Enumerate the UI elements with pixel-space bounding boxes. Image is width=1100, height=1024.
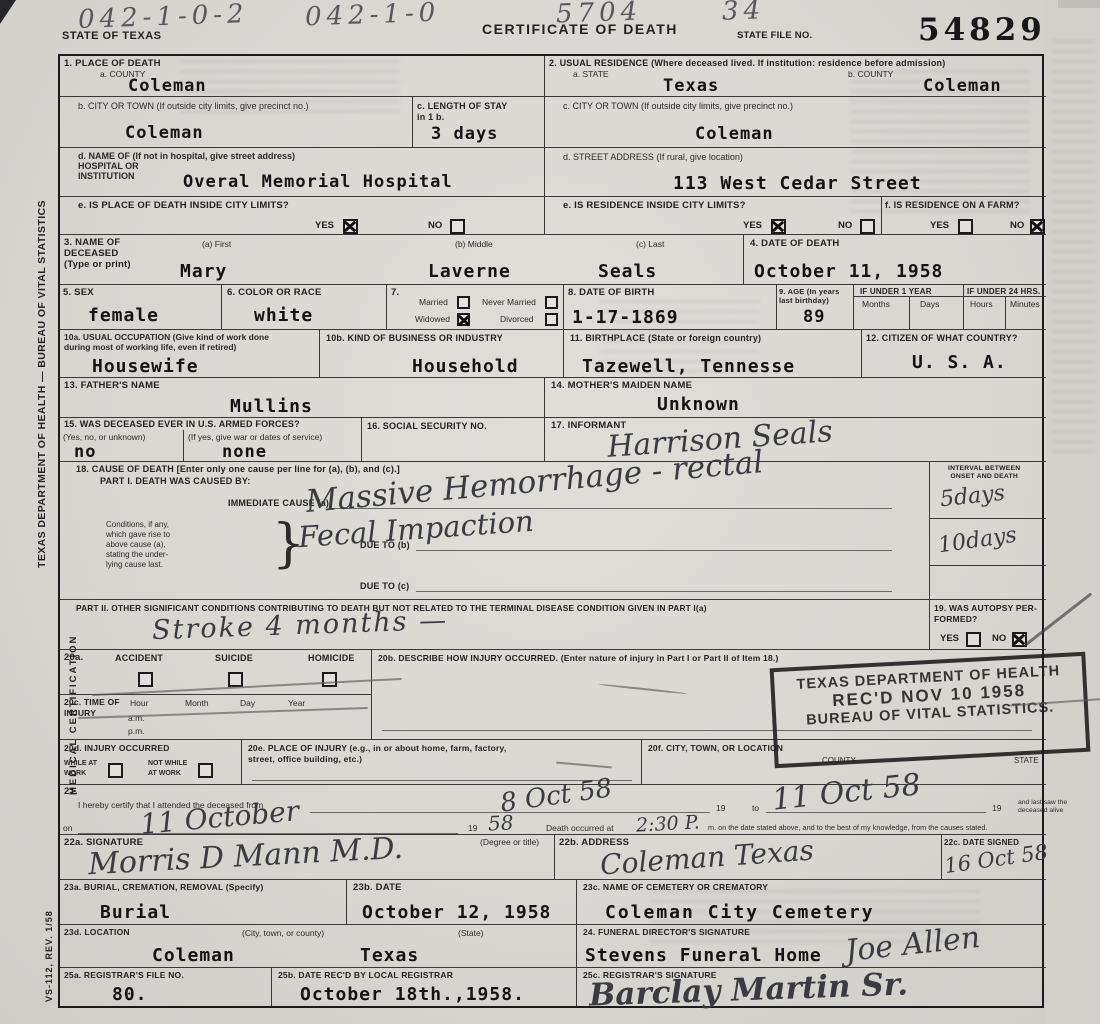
sex-value: female bbox=[88, 305, 159, 326]
field-label: 3. NAME OF DECEASED (Type or print) bbox=[64, 237, 131, 270]
due-to-c-label: DUE TO (c) bbox=[360, 581, 409, 592]
field-10a-occupation: 10a. USUAL OCCUPATION (Give kind of work… bbox=[60, 330, 320, 378]
field-label: 21. bbox=[64, 786, 78, 797]
length-of-stay-value: 3 days bbox=[431, 124, 498, 144]
divider bbox=[909, 296, 910, 330]
interval-b-value: 10days bbox=[937, 523, 1019, 559]
field-label: 5. SEX bbox=[63, 287, 94, 298]
field-label: c. LENGTH OF STAY in 1 b. bbox=[417, 101, 507, 123]
day-label: Day bbox=[240, 698, 255, 708]
days-label: Days bbox=[920, 299, 939, 309]
field-1-place-of-death: 1. PLACE OF DEATH a. COUNTY Coleman bbox=[60, 56, 545, 97]
location-state-value: Texas bbox=[360, 945, 419, 966]
field-25a-registrar-file-no: 25a. REGISTRAR'S FILE NO. 80. bbox=[60, 968, 272, 1006]
death-certificate-scan: 042-1-0-2 042-1-0 5704 34 STATE OF TEXAS… bbox=[0, 0, 1100, 1024]
field-23d-location: 23d. LOCATION (City, town, or county) (S… bbox=[60, 925, 577, 968]
year-value: 58 bbox=[487, 810, 514, 835]
field-9-age: 9. AGE (In years last birthday) 89 bbox=[777, 285, 854, 330]
while-at-work-label: WHILE AT WORK bbox=[64, 759, 97, 779]
months-label: Months bbox=[862, 299, 890, 309]
checkbox-icon bbox=[545, 296, 558, 309]
on-label: on bbox=[63, 823, 72, 833]
field-label: 1. PLACE OF DEATH bbox=[64, 58, 161, 69]
county-value: Coleman bbox=[128, 76, 207, 96]
field-9-under-24-hrs: IF UNDER 24 HRS. Hours Minutes bbox=[964, 285, 1046, 330]
homicide-label: HOMICIDE bbox=[308, 653, 355, 664]
birthplace-value: Tazewell, Tennesse bbox=[582, 356, 795, 377]
industry-value: Household bbox=[412, 356, 519, 377]
date-recd-value: October 18th.,1958. bbox=[300, 984, 525, 1005]
field-24-funeral-director: 24. FUNERAL DIRECTOR'S SIGNATURE Stevens… bbox=[577, 925, 1046, 968]
field-label: c. CITY OR TOWN (If outside city limits,… bbox=[563, 101, 793, 111]
field-label: 12. CITIZEN OF WHAT COUNTRY? bbox=[866, 333, 1018, 344]
first-name-value: Mary bbox=[180, 261, 227, 282]
registrar-file-no-value: 80. bbox=[112, 984, 148, 1005]
field-12-citizen: 12. CITIZEN OF WHAT COUNTRY? U. S. A. bbox=[862, 330, 1046, 378]
field-label: 4. DATE OF DEATH bbox=[750, 238, 839, 249]
funeral-director-signature: Joe Allen bbox=[844, 920, 982, 969]
race-value: white bbox=[254, 305, 313, 326]
field-1c-length-of-stay: c. LENGTH OF STAY in 1 b. 3 days bbox=[413, 97, 545, 148]
field-label: 18. CAUSE OF DEATH [Enter only one cause… bbox=[76, 464, 400, 475]
year-19-label: 19 bbox=[992, 803, 1001, 813]
part1-label: PART I. DEATH WAS CAUSED BY: bbox=[100, 476, 251, 487]
causes-stated-text: m. on the date stated above, and to the … bbox=[708, 823, 1044, 833]
pm-label: p.m. bbox=[128, 726, 145, 736]
to-label: to bbox=[752, 803, 759, 813]
field-20d-injury-occurred: 20d. INJURY OCCURRED WHILE AT WORK NOT W… bbox=[60, 740, 242, 785]
yes-label: YES bbox=[743, 220, 762, 231]
field-23b-date: 23b. DATE October 12, 1958 bbox=[347, 880, 577, 925]
field-label: 23a. BURIAL, CREMATION, REMOVAL (Specify… bbox=[64, 882, 263, 893]
interval-header: INTERVAL BETWEEN ONSET AND DEATH bbox=[948, 465, 1020, 481]
field-18-part2: PART II. OTHER SIGNIFICANT CONDITIONS CO… bbox=[60, 600, 930, 650]
month-label: Month bbox=[185, 698, 209, 708]
divorced-label: Divorced bbox=[500, 314, 534, 324]
field-3-name-of-deceased: 3. NAME OF DECEASED (Type or print) (a) … bbox=[60, 235, 744, 285]
checkbox-checked-icon bbox=[343, 219, 358, 234]
yes-label: YES bbox=[940, 633, 959, 644]
state-file-no-label: STATE FILE NO. bbox=[737, 30, 812, 41]
checkbox-icon bbox=[138, 672, 153, 687]
field-label: 20b. DESCRIBE HOW INJURY OCCURRED. (Ente… bbox=[378, 653, 779, 664]
field-23a-burial: 23a. BURIAL, CREMATION, REMOVAL (Specify… bbox=[60, 880, 347, 925]
field-9-under-1-year: IF UNDER 1 YEAR Months Days bbox=[854, 285, 964, 330]
checkbox-icon bbox=[457, 296, 470, 309]
mothers-maiden-name-value: Unknown bbox=[657, 394, 740, 415]
checkbox-icon bbox=[545, 313, 558, 326]
citizen-value: U. S. A. bbox=[912, 352, 1007, 373]
field-label: 7. bbox=[391, 287, 399, 298]
state-file-number: 54829 bbox=[918, 12, 1046, 48]
field-label: 14. MOTHER'S MAIDEN NAME bbox=[551, 380, 692, 391]
field-2e-city-limits: e. IS RESIDENCE INSIDE CITY LIMITS? YES … bbox=[545, 197, 882, 235]
last-saw-text: and last saw the deceased alive bbox=[1018, 799, 1088, 815]
location-city-value: Coleman bbox=[152, 945, 235, 966]
field-label: 20e. PLACE OF INJURY (e.g., in or about … bbox=[248, 743, 506, 765]
field-label: 20d. INJURY OCCURRED bbox=[64, 743, 170, 754]
city-note-label: (City, town, or county) bbox=[242, 928, 324, 938]
burial-date-value: October 12, 1958 bbox=[362, 902, 551, 923]
fill-line bbox=[416, 550, 892, 551]
checkbox-icon bbox=[860, 219, 875, 234]
yes-label: YES bbox=[930, 220, 949, 231]
field-label: 9. AGE (In years last birthday) bbox=[779, 287, 839, 305]
field-11-birthplace: 11. BIRTHPLACE (State or foreign country… bbox=[564, 330, 862, 378]
field-5-sex: 5. SEX female bbox=[60, 285, 222, 330]
field-8-date-of-birth: 8. DATE OF BIRTH 1-17-1869 bbox=[564, 285, 777, 330]
suicide-label: SUICIDE bbox=[215, 653, 253, 664]
checkbox-checked-icon bbox=[457, 313, 470, 326]
margin-form-number: VS-112, REV. 1/58 bbox=[44, 910, 54, 1002]
field-label: (If yes, give war or dates of service) bbox=[188, 432, 322, 442]
checkbox-icon bbox=[450, 219, 465, 234]
city-value: Coleman bbox=[695, 124, 774, 144]
field-label: (b) Middle bbox=[455, 239, 493, 249]
hours-label: Hours bbox=[970, 299, 993, 309]
conditions-note: Conditions, if any, which gave rise to a… bbox=[106, 520, 170, 570]
field-label: 10b. KIND OF BUSINESS OR INDUSTRY bbox=[326, 333, 503, 344]
armed-forces-value: no bbox=[74, 442, 96, 462]
hour-label: Hour bbox=[130, 698, 148, 708]
field-label: 2. USUAL RESIDENCE (Where deceased lived… bbox=[549, 58, 945, 69]
death-occurred-text: Death occurred at bbox=[546, 823, 614, 833]
checkbox-checked-icon bbox=[771, 219, 786, 234]
no-label: NO bbox=[838, 220, 852, 231]
minutes-label: Minutes bbox=[1010, 299, 1040, 309]
degree-label: (Degree or title) bbox=[480, 837, 539, 847]
divider bbox=[930, 518, 1046, 519]
checkbox-icon bbox=[322, 672, 337, 687]
field-2-usual-residence: 2. USUAL RESIDENCE (Where deceased lived… bbox=[545, 56, 1046, 97]
divider bbox=[1005, 296, 1006, 330]
field-label: 10a. USUAL OCCUPATION (Give kind of work… bbox=[64, 332, 269, 352]
divider bbox=[930, 565, 1046, 566]
widowed-label: Widowed bbox=[415, 314, 450, 324]
field-14-mothers-maiden-name: 14. MOTHER'S MAIDEN NAME Unknown bbox=[545, 378, 1046, 418]
time-of-death-value: 2:30 P. bbox=[635, 811, 700, 836]
field-22c-date-signed: 22c. DATE SIGNED 16 Oct 58 bbox=[942, 835, 1046, 880]
cemetery-value: Coleman City Cemetery bbox=[605, 902, 875, 923]
state-label: STATE bbox=[1014, 756, 1039, 766]
state-note-label: (State) bbox=[458, 928, 484, 938]
age-value: 89 bbox=[803, 307, 825, 327]
fill-line bbox=[416, 591, 892, 592]
year-19-label: 19 bbox=[468, 823, 477, 833]
field-10b-industry: 10b. KIND OF BUSINESS OR INDUSTRY Househ… bbox=[320, 330, 564, 378]
field-23c-cemetery: 23c. NAME OF CEMETERY OR CREMATORY Colem… bbox=[577, 880, 1046, 925]
field-18-interval-column: INTERVAL BETWEEN ONSET AND DEATH 5days 1… bbox=[930, 462, 1046, 600]
field-label: b. COUNTY bbox=[848, 69, 893, 79]
field-label: (Yes, no, or unknown) bbox=[63, 432, 145, 442]
accident-label: ACCIDENT bbox=[115, 653, 163, 664]
checkbox-icon bbox=[228, 672, 243, 687]
field-25c-registrar-signature: 25c. REGISTRAR'S SIGNATURE Barclay Marti… bbox=[577, 968, 1046, 1006]
checkbox-checked-icon bbox=[1030, 219, 1045, 234]
no-label: NO bbox=[428, 220, 442, 231]
field-label: a. STATE bbox=[573, 69, 609, 79]
field-18-cause-of-death: 18. CAUSE OF DEATH [Enter only one cause… bbox=[60, 462, 930, 600]
yes-label: YES bbox=[315, 220, 334, 231]
never-married-label: Never Married bbox=[482, 297, 536, 307]
field-13-fathers-name: 13. FATHER'S NAME Mullins bbox=[60, 378, 545, 418]
year-19-label: 19 bbox=[716, 803, 725, 813]
margin-dept-text: TEXAS DEPARTMENT OF HEALTH — BUREAU OF V… bbox=[36, 200, 48, 568]
pencil-code: 042-1-0 bbox=[305, 0, 441, 32]
received-stamp: TEXAS DEPARTMENT OF HEALTH REC'D NOV 10 … bbox=[770, 652, 1091, 768]
year-label: Year bbox=[288, 698, 305, 708]
field-6-color-or-race: 6. COLOR OR RACE white bbox=[222, 285, 387, 330]
middle-name-value: Laverne bbox=[428, 261, 511, 282]
city-value: Coleman bbox=[125, 123, 204, 143]
field-label: 16. SOCIAL SECURITY NO. bbox=[367, 421, 487, 432]
field-label: 13. FATHER'S NAME bbox=[64, 380, 160, 391]
field-label: 23b. DATE bbox=[353, 882, 402, 893]
fathers-name-value: Mullins bbox=[230, 396, 313, 417]
occupation-value: Housewife bbox=[92, 356, 199, 377]
field-label: 15. WAS DECEASED EVER IN U.S. ARMED FORC… bbox=[64, 419, 300, 430]
date-of-death-value: October 11, 1958 bbox=[754, 261, 943, 282]
field-21-certification: 21. I hereby certify that I attended the… bbox=[60, 785, 1046, 835]
field-2d-street-address: d. STREET ADDRESS (If rural, give locati… bbox=[545, 148, 1046, 197]
date-of-birth-value: 1-17-1869 bbox=[572, 307, 679, 328]
burial-value: Burial bbox=[100, 902, 171, 923]
field-7-marital-status: 7. Married Never Married Widowed Divorce… bbox=[387, 285, 564, 330]
checkbox-icon bbox=[966, 632, 981, 647]
field-16-social-security: 16. SOCIAL SECURITY NO. bbox=[362, 418, 545, 462]
field-1e-city-limits: e. IS PLACE OF DEATH INSIDE CITY LIMITS?… bbox=[60, 197, 545, 235]
part2-label: PART II. OTHER SIGNIFICANT CONDITIONS CO… bbox=[76, 603, 921, 614]
hospital-value: Overal Memorial Hospital bbox=[183, 172, 453, 192]
field-label: (a) First bbox=[202, 239, 231, 249]
field-label: 19. WAS AUTOPSY PER- FORMED? bbox=[934, 603, 1037, 625]
checkbox-icon bbox=[958, 219, 973, 234]
field-15-armed-forces: 15. WAS DECEASED EVER IN U.S. ARMED FORC… bbox=[60, 418, 362, 462]
no-label: NO bbox=[992, 633, 1006, 644]
field-1d-hospital: d. NAME OF (If not in hospital, give str… bbox=[60, 148, 545, 197]
street-address-value: 113 West Cedar Street bbox=[673, 173, 922, 194]
field-label: 11. BIRTHPLACE (State or foreign country… bbox=[570, 333, 761, 344]
field-label: b. CITY OR TOWN (If outside city limits,… bbox=[78, 101, 309, 111]
field-label: 20f. CITY, TOWN, OR LOCATION bbox=[648, 743, 783, 754]
field-label: 25a. REGISTRAR'S FILE NO. bbox=[64, 970, 184, 981]
field-22b-address: 22b. ADDRESS Coleman Texas bbox=[555, 835, 942, 880]
checkbox-icon bbox=[198, 763, 213, 778]
bleed-through-smudge bbox=[1052, 40, 1096, 460]
field-label: f. IS RESIDENCE ON A FARM? bbox=[885, 200, 1020, 211]
no-label: NO bbox=[1010, 220, 1024, 231]
not-while-at-work-label: NOT WHILE AT WORK bbox=[148, 759, 187, 779]
interval-a-value: 5days bbox=[939, 481, 1006, 513]
physician-address-value: Coleman Texas bbox=[599, 834, 815, 882]
field-label: 25b. DATE REC'D BY LOCAL REGISTRAR bbox=[278, 970, 453, 981]
field-label: e. IS PLACE OF DEATH INSIDE CITY LIMITS? bbox=[78, 200, 289, 211]
field-4-date-of-death: 4. DATE OF DEATH October 11, 1958 bbox=[744, 235, 1046, 285]
certificate-form: 1. PLACE OF DEATH a. COUNTY Coleman 2. U… bbox=[58, 54, 1044, 1008]
field-label: 23d. LOCATION bbox=[64, 927, 130, 938]
field-label: 8. DATE OF BIRTH bbox=[568, 287, 654, 298]
field-label: 20a. bbox=[64, 652, 83, 663]
field-2c-city: c. CITY OR TOWN (If outside city limits,… bbox=[545, 97, 1046, 148]
field-label: e. IS RESIDENCE INSIDE CITY LIMITS? bbox=[563, 200, 746, 211]
field-label: 6. COLOR OR RACE bbox=[227, 287, 322, 298]
pencil-code: 34 bbox=[721, 0, 765, 27]
checkbox-icon bbox=[108, 763, 123, 778]
divider bbox=[183, 430, 184, 462]
certificate-title: CERTIFICATE OF DEATH bbox=[482, 24, 678, 35]
field-22a-signature: 22a. SIGNATURE (Degree or title) Morris … bbox=[60, 835, 555, 880]
corner-mark bbox=[0, 0, 16, 24]
field-label: (c) Last bbox=[636, 239, 664, 249]
state-of-texas: STATE OF TEXAS bbox=[62, 31, 162, 42]
field-label: 24. FUNERAL DIRECTOR'S SIGNATURE bbox=[583, 927, 750, 938]
field-2f-farm: f. IS RESIDENCE ON A FARM? YES NO bbox=[882, 197, 1046, 235]
war-dates-value: none bbox=[222, 442, 267, 462]
married-label: Married bbox=[419, 297, 448, 307]
state-value: Texas bbox=[663, 76, 719, 96]
field-1b-city: b. CITY OR TOWN (If outside city limits,… bbox=[60, 97, 413, 148]
last-name-value: Seals bbox=[598, 261, 657, 282]
field-label: d. STREET ADDRESS (If rural, give locati… bbox=[563, 152, 743, 162]
county-value: Coleman bbox=[923, 76, 1002, 96]
field-label: 23c. NAME OF CEMETERY OR CREMATORY bbox=[583, 882, 768, 893]
field-25b-date-recd: 25b. DATE REC'D BY LOCAL REGISTRAR Octob… bbox=[272, 968, 577, 1006]
funeral-home-value: Stevens Funeral Home bbox=[585, 945, 822, 966]
